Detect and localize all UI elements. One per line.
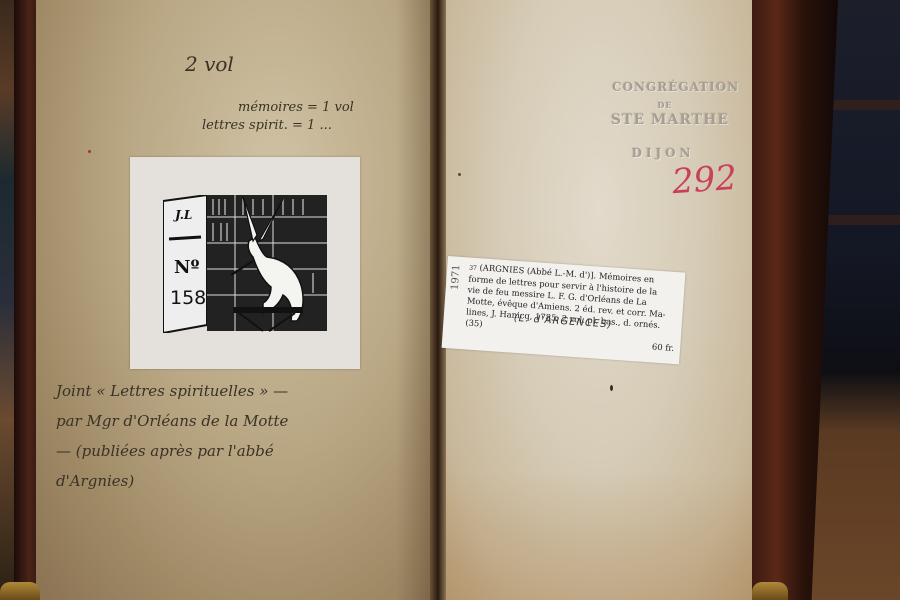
bookplate: J.L Nº 158 [130, 157, 360, 369]
stamp-line-de: DE [645, 100, 685, 110]
stamp-line-congregation: CONGRÉGATION [612, 80, 722, 94]
catalogue-clipping: 1971 37 (ARGNIES (Abbé L.-M. d')]. Mémoi… [442, 256, 686, 364]
pencil-note-line: Joint « Lettres spirituelles » — [56, 376, 396, 406]
pencil-note-line: — (publiées après par l'abbé [56, 436, 396, 466]
pencil-note-line: d'Argnies) [56, 466, 396, 496]
clipping-vertical-number: 1971 [450, 264, 463, 290]
red-shelfmark: 292 [671, 158, 739, 202]
ink-speck [458, 173, 461, 176]
bookplate-no-label: Nº [174, 257, 199, 278]
brass-clasp-left [0, 582, 40, 600]
brass-clasp-right [752, 582, 788, 600]
book-gutter [430, 0, 446, 600]
background-shelf [820, 215, 900, 225]
pencil-note-block: Joint « Lettres spirituelles » — par Mgr… [56, 376, 396, 496]
pencil-note-memoires: mémoires = 1 vol [238, 100, 354, 115]
stamp-line-ste-marthe: STE MARTHE [605, 112, 735, 128]
stamp-line-dijon: DIJON [618, 146, 708, 160]
bookplate-initials: J.L [175, 208, 192, 222]
ink-speck [88, 150, 91, 153]
ink-speck [610, 385, 613, 391]
pencil-note-line: par Mgr d'Orléans de la Motte [56, 406, 396, 436]
pencil-note-volumes: 2 vol [185, 52, 234, 76]
pencil-note-lettres: lettres spirit. = 1 ... [202, 118, 332, 133]
bookplate-number: 158 [170, 287, 206, 309]
